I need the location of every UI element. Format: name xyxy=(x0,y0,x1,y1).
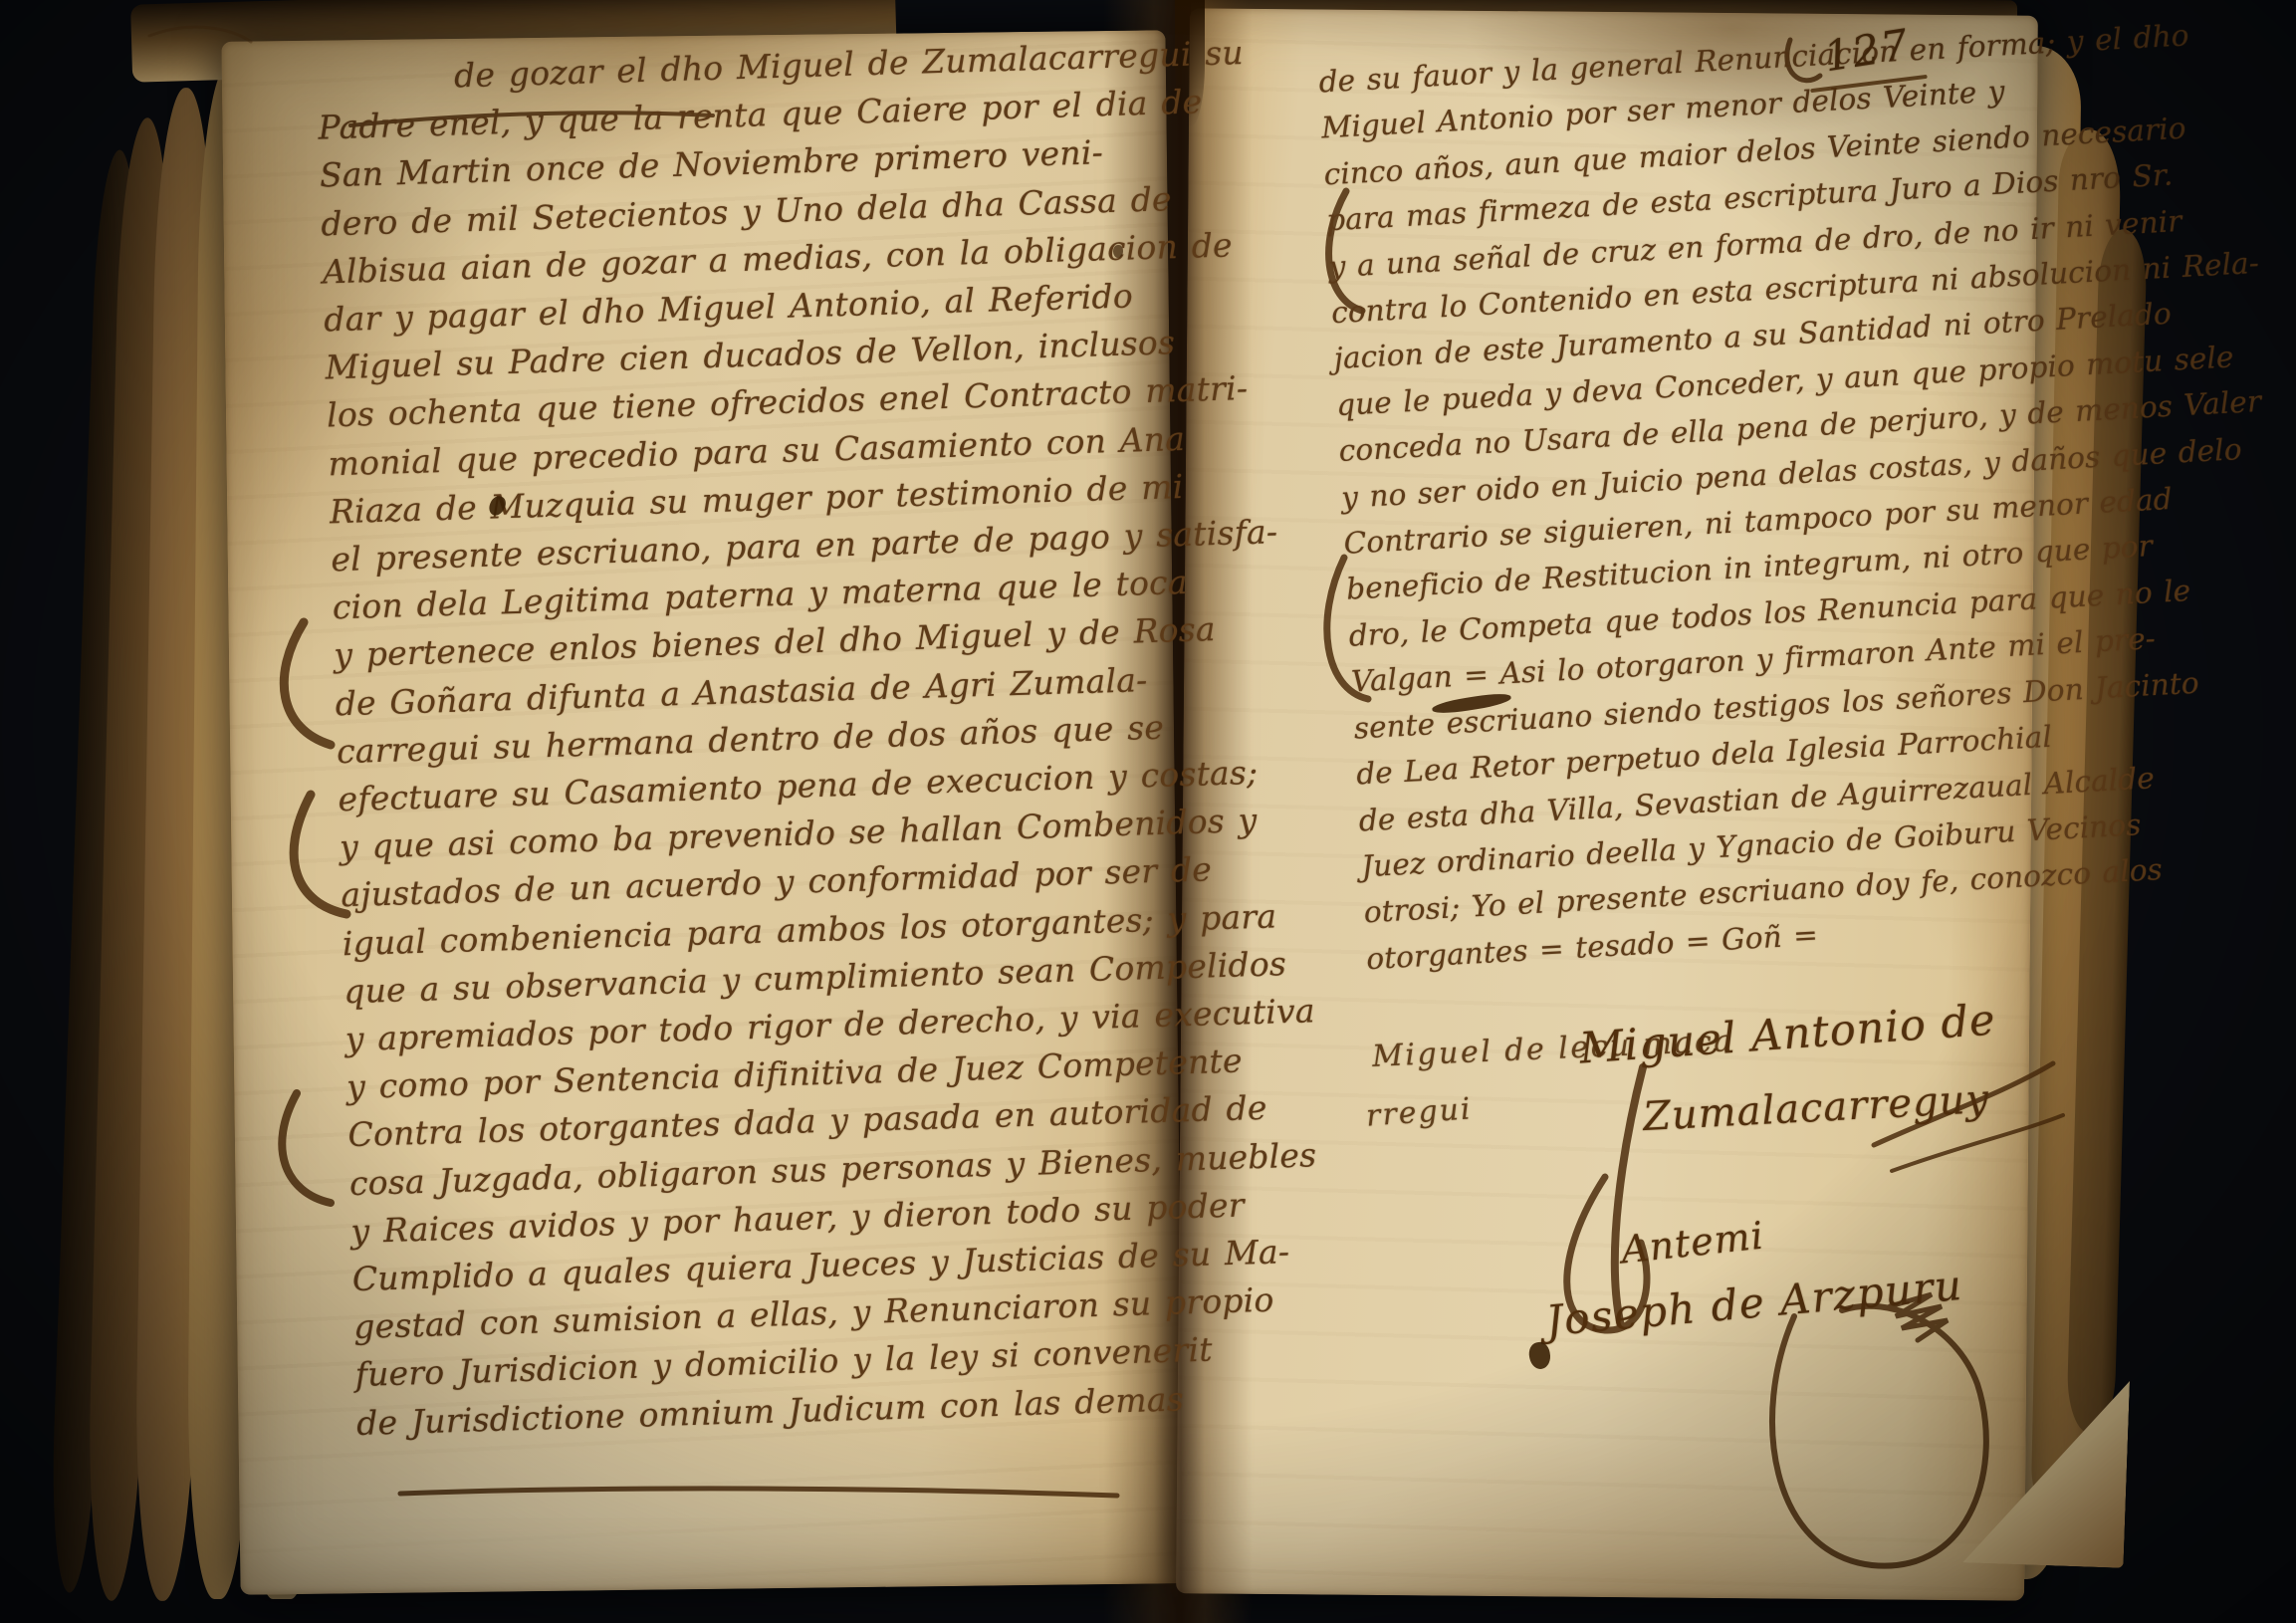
left-page-text: de gozar el dho Miguel de Zumalacarregui… xyxy=(316,32,1183,1448)
manuscript-photo: de gozar el dho Miguel de Zumalacarregui… xyxy=(0,0,2296,1623)
signature-father-line2: rregui xyxy=(1365,1091,1474,1133)
right-page-text: de su fauor y la general Renunciacion en… xyxy=(1317,22,2063,983)
